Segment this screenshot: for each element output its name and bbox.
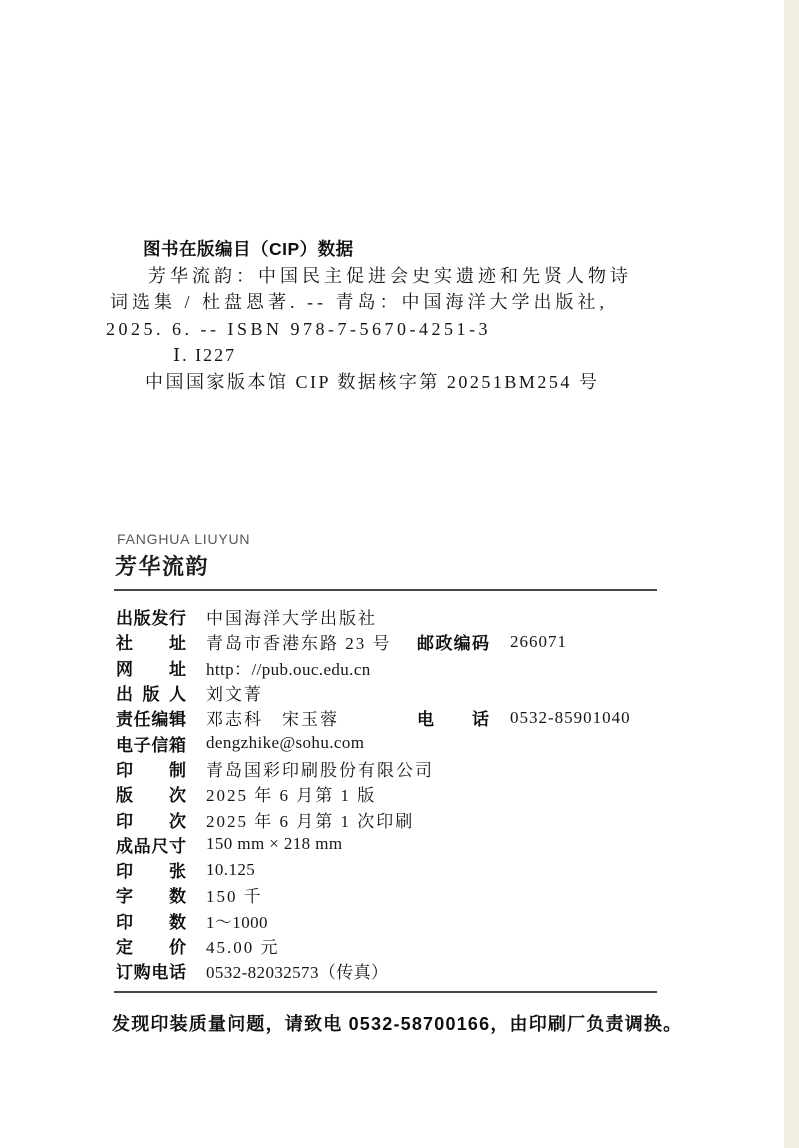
book-title-pinyin: FANGHUA LIUYUN	[117, 531, 250, 547]
colophon-row-publisher-person: 出版人 刘文菁	[116, 680, 676, 705]
colophon-value: 青岛国彩印刷股份有限公司	[206, 756, 434, 781]
colophon-label: 成品尺寸	[116, 832, 186, 857]
cip-isbn-line: 2025. 6. -- ISBN 978-7-5670-4251-3	[106, 316, 666, 343]
colophon-label: 印次	[116, 807, 186, 832]
colophon-value-sheets: 10.125	[206, 860, 255, 880]
colophon-row-impression: 印次 2025 年 6 月第 1 次印刷	[116, 806, 676, 831]
colophon-row-size: 成品尺寸 150 mm × 218 mm	[116, 832, 676, 857]
book-title: 芳华流韵	[115, 550, 209, 581]
divider-top	[114, 589, 657, 591]
scan-background-edge	[784, 0, 799, 1148]
cip-heading: 图书在版编目（CIP）数据	[106, 236, 666, 263]
colophon-label: 责任编辑	[116, 705, 186, 730]
colophon-label-postcode: 邮政编码	[417, 629, 489, 654]
colophon-row-sheets: 印张 10.125	[116, 857, 676, 882]
colophon-value: 150 千	[206, 882, 263, 907]
colophon-label: 版次	[116, 781, 186, 806]
colophon-label: 印张	[116, 857, 186, 882]
colophon-row-order-phone: 订购电话 0532-82032573（传真）	[116, 958, 676, 983]
cip-record-number-line: 中国国家版本馆 CIP 数据核字第 20251BM254 号	[106, 369, 666, 396]
colophon-row-website: 网址 http：//pub.ouc.edu.cn	[116, 655, 676, 680]
colophon-row-editors: 责任编辑 邓志科 宋玉蓉 电话 0532-85901040	[116, 705, 676, 730]
colophon-label: 印制	[116, 756, 186, 781]
colophon-row-wordcount: 字数 150 千	[116, 882, 676, 907]
colophon-label: 定价	[116, 933, 186, 958]
cip-classification-line: Ⅰ. I227	[106, 342, 666, 369]
colophon-value-postcode: 266071	[510, 632, 567, 652]
colophon-label: 出版发行	[116, 604, 186, 629]
quality-notice: 发现印装质量问题，请致电 0532-58700166，由印刷厂负责调换。	[112, 1010, 682, 1036]
divider-bottom	[114, 991, 657, 993]
colophon-row-email: 电子信箱 dengzhike@sohu.com	[116, 730, 676, 755]
colophon-label: 订购电话	[116, 958, 186, 983]
colophon-label: 网址	[116, 655, 186, 680]
colophon-label-phone: 电话	[417, 705, 489, 730]
colophon-value-price: 45.00 元	[206, 933, 280, 958]
colophon-value-email: dengzhike@sohu.com	[206, 733, 364, 753]
colophon-value: 2025 年 6 月第 1 次印刷	[206, 807, 414, 832]
colophon-value-order-phone: 0532-82032573（传真）	[206, 958, 388, 983]
colophon-value: 2025 年 6 月第 1 版	[206, 781, 376, 806]
colophon-label: 电子信箱	[116, 731, 186, 756]
colophon-subpair: 电话 0532-85901040	[417, 705, 631, 730]
colophon-row-price: 定价 45.00 元	[116, 933, 676, 958]
colophon-subpair: 邮政编码 266071	[417, 629, 567, 654]
cip-author-line: 词选集 / 杜盘恩著. -- 青岛：中国海洋大学出版社,	[106, 289, 666, 316]
colophon-value: 刘文菁	[206, 680, 263, 705]
colophon-value-printrun: 1～1000	[206, 908, 268, 933]
colophon-value: 邓志科 宋玉蓉	[206, 705, 339, 730]
colophon-label: 社址	[116, 629, 186, 654]
cip-block: 图书在版编目（CIP）数据 芳华流韵：中国民主促进会史实遗迹和先贤人物诗 词选集…	[106, 236, 666, 395]
colophon-row-address: 社址 青岛市香港东路 23 号 邮政编码 266071	[116, 629, 676, 654]
colophon-row-printrun: 印数 1～1000	[116, 908, 676, 933]
colophon-row-publisher: 出版发行 中国海洋大学出版社	[116, 604, 676, 629]
colophon-row-edition: 版次 2025 年 6 月第 1 版	[116, 781, 676, 806]
colophon-value-phone: 0532-85901040	[510, 708, 631, 728]
colophon-label: 字数	[116, 882, 186, 907]
colophon-label: 印数	[116, 908, 186, 933]
colophon-value-size: 150 mm × 218 mm	[206, 834, 342, 854]
colophon-label: 出版人	[116, 680, 186, 705]
cip-title-line: 芳华流韵：中国民主促进会史实遗迹和先贤人物诗	[106, 263, 666, 290]
colophon-row-printer: 印制 青岛国彩印刷股份有限公司	[116, 756, 676, 781]
colophon-table: 出版发行 中国海洋大学出版社 社址 青岛市香港东路 23 号 邮政编码 2660…	[116, 604, 676, 983]
colophon-value: 青岛市香港东路 23 号	[206, 629, 392, 654]
colophon-value: 中国海洋大学出版社	[206, 604, 377, 629]
colophon-value-url: http：//pub.ouc.edu.cn	[206, 655, 371, 680]
